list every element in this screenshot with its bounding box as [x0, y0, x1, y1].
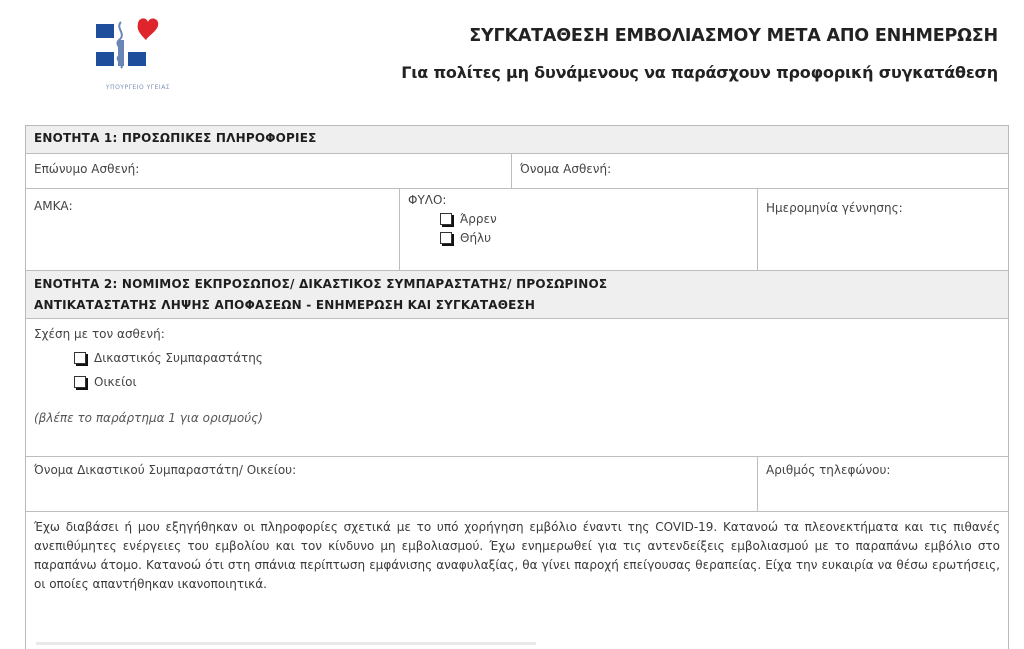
- gender-option-male[interactable]: Άρρεν: [440, 212, 749, 226]
- amka-label: ΑΜΚΑ:: [34, 199, 73, 213]
- phone-field[interactable]: Αριθμός τηλεφώνου:: [757, 457, 1008, 511]
- checkbox-icon[interactable]: [440, 213, 452, 225]
- logo-caption: ΥΠΟΥΡΓΕΙΟ ΥΓΕΙΑΣ: [88, 84, 188, 91]
- relation-field: Σχέση με τον ασθενή: Δικαστικός Συμπαρασ…: [26, 319, 1008, 456]
- gender-option-label: Άρρεν: [460, 212, 497, 226]
- birthdate-label: Ημερομηνία γέννησης:: [766, 201, 903, 215]
- gender-field: ΦΥΛΟ: Άρρεν Θήλυ: [399, 189, 757, 270]
- checkbox-icon[interactable]: [74, 352, 86, 364]
- consent-statement: Έχω διαβάσει ή μου εξηγήθηκαν οι πληροφο…: [26, 512, 1008, 649]
- health-cross-heart-icon: [88, 14, 188, 84]
- section2-header-row: ΕΝΟΤΗΤΑ 2: ΝΟΜΙΜΟΣ ΕΚΠΡΟΣΩΠΟΣ/ ΔΙΚΑΣΤΙΚΟ…: [26, 271, 1008, 319]
- relation-option-guardian[interactable]: Δικαστικός Συμπαραστάτης: [74, 351, 1000, 365]
- relation-label: Σχέση με τον ασθενή:: [34, 327, 1000, 341]
- ministry-logo: ΥΠΟΥΡΓΕΙΟ ΥΓΕΙΑΣ: [88, 14, 188, 96]
- surname-field[interactable]: Επώνυμο Ασθενή:: [26, 154, 511, 188]
- relation-option-label: Δικαστικός Συμπαραστάτης: [94, 351, 263, 365]
- gender-option-female[interactable]: Θήλυ: [440, 231, 749, 245]
- surname-label: Επώνυμο Ασθενή:: [34, 162, 139, 176]
- guardian-row: Όνομα Δικαστικού Συμπαραστάτη/ Οικείου: …: [26, 457, 1008, 512]
- first-name-field[interactable]: Όνομα Ασθενή:: [511, 154, 1008, 188]
- amka-field[interactable]: ΑΜΚΑ:: [26, 189, 399, 270]
- section2-heading-line2: ΑΝΤΙΚΑΤΑΣΤΑΤΗΣ ΛΗΨΗΣ ΑΠΟΦΑΣΕΩΝ - ΕΝΗΜΕΡΩ…: [34, 295, 1000, 316]
- section1-header-row: ΕΝΟΤΗΤΑ 1: ΠΡΟΣΩΠΙΚΕΣ ΠΛΗΡΟΦΟΡΙΕΣ: [26, 126, 1008, 154]
- faint-text-line: [36, 642, 536, 645]
- checkbox-icon[interactable]: [440, 232, 452, 244]
- relation-row: Σχέση με τον ασθενή: Δικαστικός Συμπαρασ…: [26, 319, 1008, 457]
- patient-name-row: Επώνυμο Ασθενή: Όνομα Ασθενή:: [26, 154, 1008, 189]
- patient-details-row: ΑΜΚΑ: ΦΥΛΟ: Άρρεν Θήλυ Ημερομηνία γέννησ…: [26, 189, 1008, 271]
- definitions-note: (βλέπε το παράρτημα 1 για ορισμούς): [34, 411, 1000, 425]
- gender-label: ΦΥΛΟ:: [408, 193, 749, 207]
- guardian-name-field[interactable]: Όνομα Δικαστικού Συμπαραστάτη/ Οικείου:: [26, 457, 757, 511]
- gender-option-label: Θήλυ: [460, 231, 491, 245]
- section2-heading-line1: ΕΝΟΤΗΤΑ 2: ΝΟΜΙΜΟΣ ΕΚΠΡΟΣΩΠΟΣ/ ΔΙΚΑΣΤΙΚΟ…: [34, 274, 1000, 295]
- first-name-label: Όνομα Ασθενή:: [520, 162, 611, 176]
- document-title: ΣΥΓΚΑΤΑΘΕΣΗ ΕΜΒΟΛΙΑΣΜΟΥ ΜΕΤΑ ΑΠΟ ΕΝΗΜΕΡΩ…: [469, 26, 998, 46]
- birthdate-field[interactable]: Ημερομηνία γέννησης:: [757, 189, 1008, 270]
- relation-option-label: Οικείοι: [94, 375, 137, 389]
- document-subtitle: Για πολίτες μη δυνάμενους να παράσχουν π…: [401, 63, 998, 82]
- phone-label: Αριθμός τηλεφώνου:: [766, 463, 890, 477]
- section1-heading: ΕΝΟΤΗΤΑ 1: ΠΡΟΣΩΠΙΚΕΣ ΠΛΗΡΟΦΟΡΙΕΣ: [26, 126, 1008, 153]
- guardian-name-label: Όνομα Δικαστικού Συμπαραστάτη/ Οικείου:: [34, 463, 296, 477]
- consent-form: ΕΝΟΤΗΤΑ 1: ΠΡΟΣΩΠΙΚΕΣ ΠΛΗΡΟΦΟΡΙΕΣ Επώνυμ…: [25, 125, 1009, 649]
- relation-option-relatives[interactable]: Οικείοι: [74, 375, 1000, 389]
- checkbox-icon[interactable]: [74, 376, 86, 388]
- section2-heading: ΕΝΟΤΗΤΑ 2: ΝΟΜΙΜΟΣ ΕΚΠΡΟΣΩΠΟΣ/ ΔΙΚΑΣΤΙΚΟ…: [26, 271, 1008, 318]
